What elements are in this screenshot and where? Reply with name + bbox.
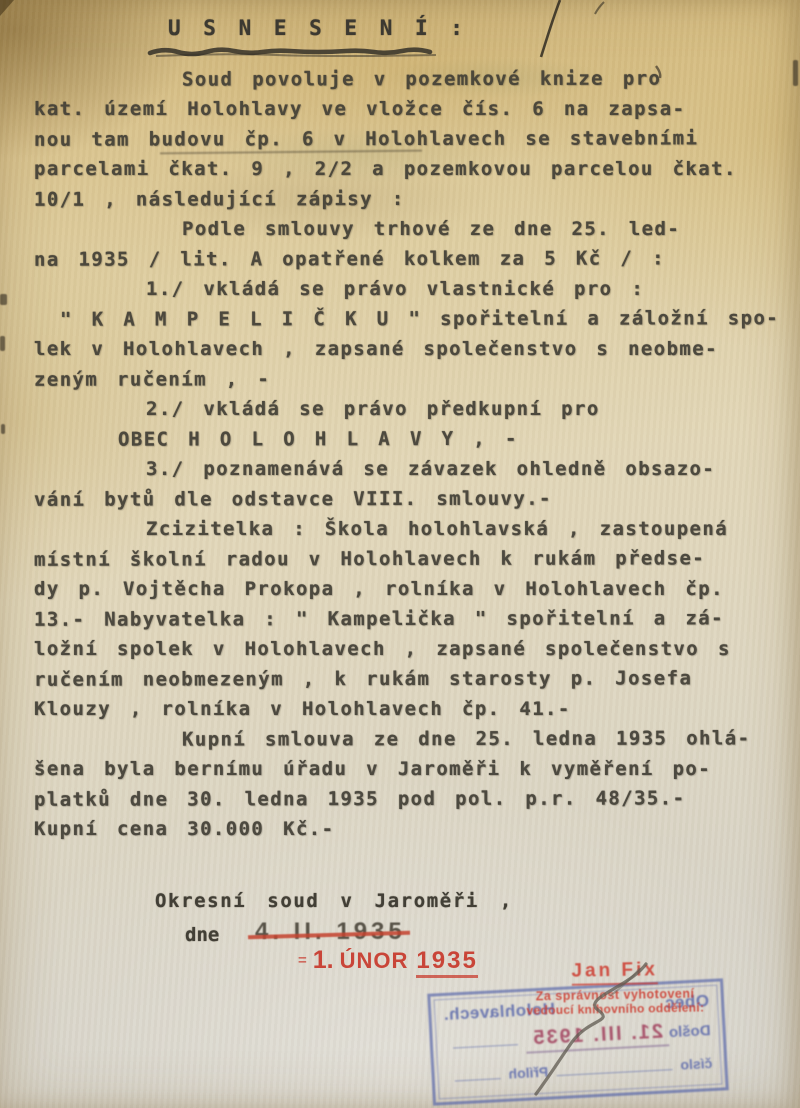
document-title-block: U S N E S E N Í : [168, 16, 468, 40]
stamp-received-label: Došlo [669, 1022, 712, 1041]
corrected-date-stamp: =1.ÚNOR1935 [298, 946, 478, 975]
document-line: Klouzy , rolníka v Holohlavech čp. 41.- [34, 694, 772, 724]
document-line: " K A M P E L I Č K U " spořitelní a zál… [60, 303, 772, 334]
document-line: Kupní cena 30.000 Kč.- [34, 814, 772, 844]
document-line: Soud povoluje v pozemkové knize pro [182, 63, 772, 94]
document-line: vání bytů dle odstavce VIII. smlouvy.- [34, 483, 772, 515]
title-underline-scribble [146, 46, 466, 60]
stamp-number-row: číslo Příloh [446, 1053, 713, 1085]
document-line: ručením neobmezeným , k rukám starosty p… [34, 663, 772, 695]
document-line: dy p. Vojtěcha Prokopa , rolníka v Holoh… [34, 574, 772, 604]
document-line: na 1935 / lit. A opatřené kolkem za 5 Kč… [34, 243, 772, 275]
stamp-attachments-label: Příloh [508, 1064, 548, 1082]
scanned-document-page: U S N E S E N Í : Soud povoluje v pozemk… [0, 0, 800, 1108]
certifier-name: Jan Fix [571, 959, 658, 986]
date-stamp-prefix: = [298, 952, 307, 969]
document-line: kat. území Holohlavy ve vložce čís. 6 na… [34, 94, 772, 124]
document-line: OBEC H O L O H L A V Y , - [118, 423, 772, 454]
court-signature-line: Okresní soud v Jaroměři , [155, 890, 513, 912]
document-line: místní školní radou v Holohlavech k ruká… [34, 543, 772, 575]
document-line: lek v Holohlavech , zapsané společenstvo… [34, 334, 772, 364]
document-body: Soud povoluje v pozemkové knize pro kat.… [34, 64, 772, 844]
edge-ink-mark [793, 60, 798, 86]
stamp-received-row: Došlo 21. III. 1935 [444, 1018, 711, 1058]
corner-tear-mark [0, 0, 14, 16]
stamp-rule-line [452, 1030, 517, 1048]
stamp-received-date: 21. III. 1935 [525, 1020, 670, 1053]
document-title: U S N E S E N Í : [168, 16, 468, 40]
certification-stamp: Jan Fix Za správnost vyhotovení vedoucí … [500, 958, 731, 1018]
document-line: platků dne 30. ledna 1935 pod pol. p.r. … [34, 783, 772, 815]
document-line: parcelami čkat. 9 , 2/2 a pozemkovou par… [34, 154, 772, 184]
document-line: 2./ vkládá se právo předkupní pro [146, 394, 772, 424]
stamp-rule-line [556, 1055, 673, 1076]
document-line: šena byla bernímu úřadu v Jaroměři k vym… [34, 754, 772, 784]
document-line: 3./ poznamenává se závazek ohledně obsaz… [146, 454, 772, 484]
document-line: Kupní smlouva ze dne 25. ledna 1935 ohlá… [182, 723, 772, 754]
document-line: ložní spolek v Holohlavech , zapsané spo… [34, 634, 772, 664]
document-line: 1./ vkládá se právo vlastnické pro : [146, 274, 772, 304]
edge-ink-mark [0, 336, 5, 351]
document-line: Zcizitelka : Škola holohlavská , zastoup… [146, 514, 772, 544]
date-stamp-month: ÚNOR [340, 948, 409, 973]
document-line: Podle smlouvy trhové ze dne 25. led- [182, 214, 772, 244]
date-stamp-day: 1. [313, 946, 334, 974]
date-stamp-year: 1935 [416, 947, 477, 978]
edge-ink-mark [0, 294, 7, 305]
document-line: zeným ručením , - [34, 363, 772, 395]
stamp-rule-line [454, 1064, 501, 1081]
document-line: 13.- Nabyvatelka : " Kampelička " spořit… [34, 603, 772, 635]
stamp-number-label: číslo [680, 1055, 713, 1073]
edge-ink-mark [1, 424, 5, 434]
date-label: dne [185, 924, 219, 946]
document-line: 10/1 , následující zápisy : [34, 183, 772, 215]
